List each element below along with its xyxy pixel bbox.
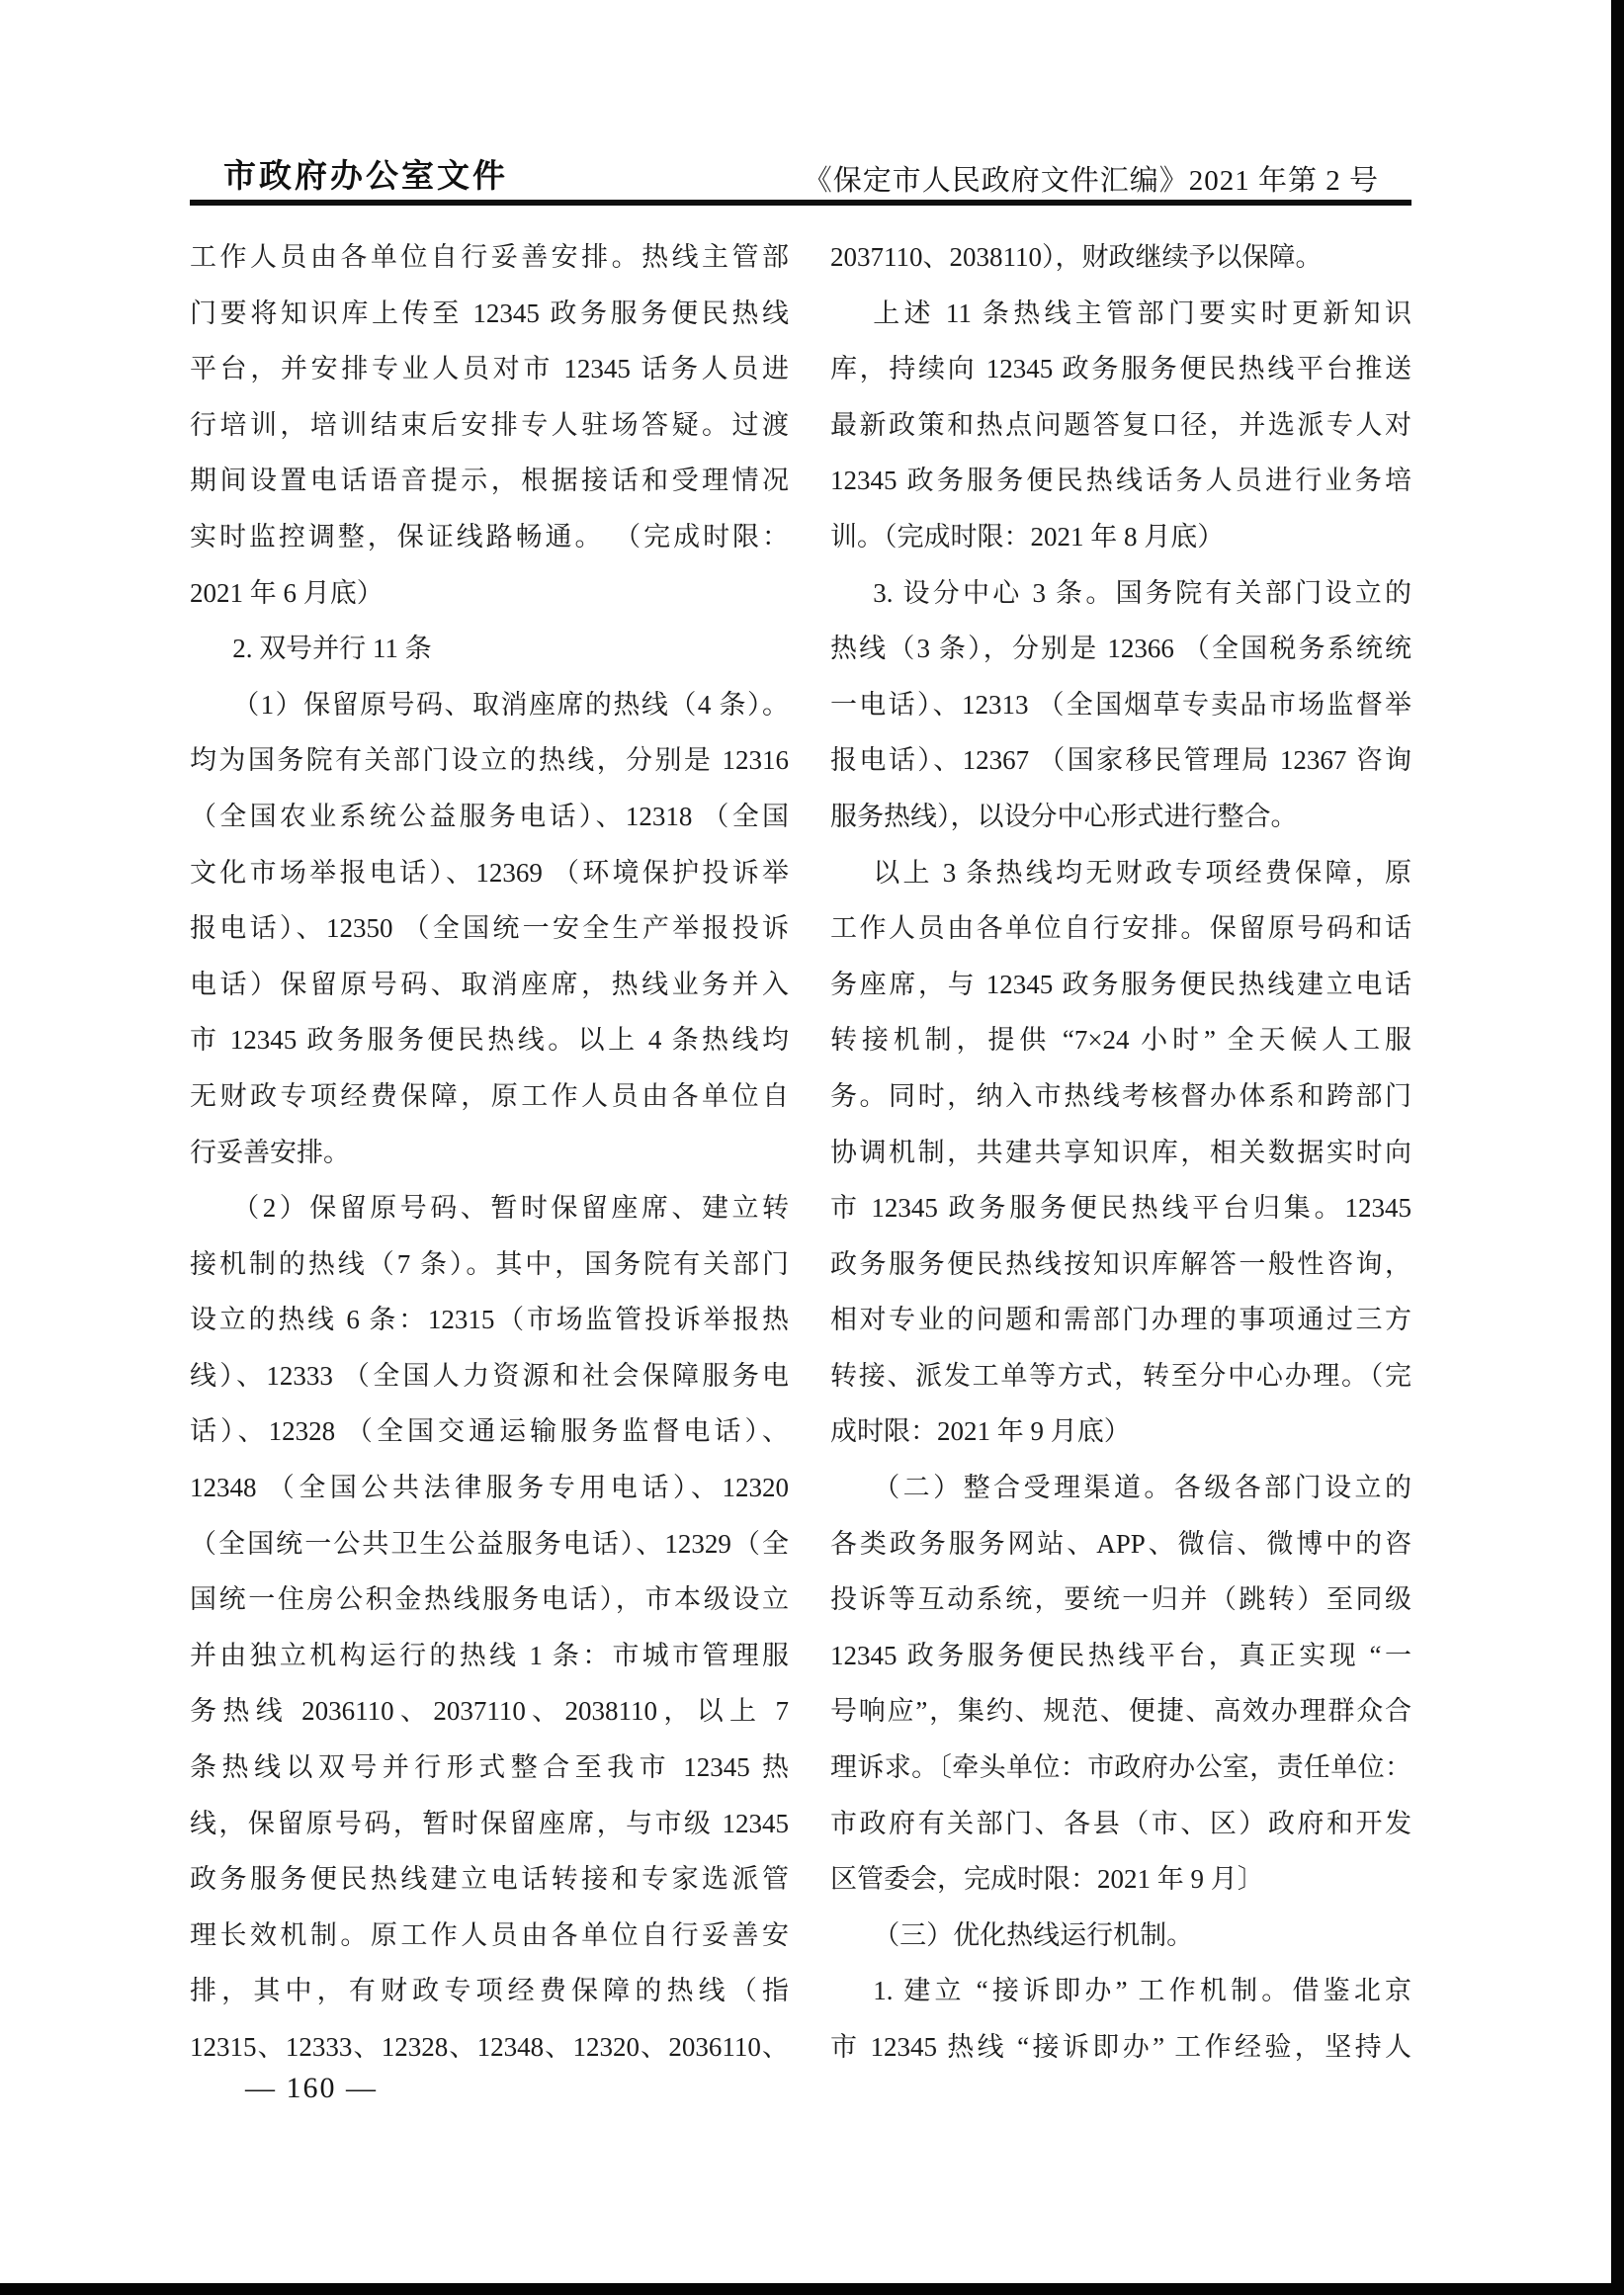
text-line: 无财政专项经费保障，原工作人员由各单位自	[190, 1068, 789, 1125]
text-line: 号响应”，集约、规范、便捷、高效办理群众合	[830, 1683, 1411, 1740]
text-line: 训。（完成时限：2021 年 8 月底）	[830, 509, 1411, 565]
text-line: 最新政策和热点问题答复口径，并选派专人对	[830, 397, 1411, 454]
text-line: 务。同时，纳入市热线考核督办体系和跨部门	[830, 1068, 1411, 1125]
scan-band-right	[1611, 0, 1624, 2295]
text-line: 投诉等互动系统，要统一归并（跳转）至同级	[830, 1572, 1411, 1628]
text-line: 设立的热线 6 条：12315（市场监管投诉举报热	[190, 1292, 789, 1348]
text-line: 行培训，培训结束后安排专人驻场答疑。过渡	[190, 397, 789, 454]
text-line: 市 12345 政务服务便民热线平台归集。12345	[830, 1180, 1411, 1236]
text-line: 协调机制，共建共享知识库，相关数据实时向	[830, 1125, 1411, 1181]
header-left-title: 市政府办公室文件	[223, 150, 508, 197]
text-line: 报电话）、12350 （全国统一安全生产举报投诉	[190, 900, 789, 957]
text-line: 理长效机制。原工作人员由各单位自行妥善安	[190, 1908, 789, 1964]
text-line: 门要将知识库上传至 12345 政务服务便民热线	[190, 286, 789, 342]
text-line: 转接机制，提供 “7×24 小时” 全天候人工服	[830, 1012, 1411, 1068]
text-line: 条热线以双号并行形式整合至我市 12345 热	[190, 1740, 789, 1796]
text-line: （三）优化热线运行机制。	[830, 1908, 1411, 1964]
text-line: 工作人员由各单位自行安排。保留原号码和话	[830, 900, 1411, 957]
text-line: （2）保留原号码、暂时保留座席、建立转	[190, 1180, 789, 1236]
text-line: 电话）保留原号码、取消座席，热线业务并入	[190, 957, 789, 1013]
text-line: 工作人员由各单位自行妥善安排。热线主管部	[190, 229, 789, 286]
text-line: 转接、派发工单等方式，转至分中心办理。（完	[830, 1348, 1411, 1404]
header-right-title: 《保定市人民政府文件汇编》2021 年第 2 号	[804, 158, 1379, 199]
text-line: 成时限：2021 年 9 月底）	[830, 1403, 1411, 1460]
text-line: 一电话）、12313 （全国烟草专卖品市场监督举	[830, 677, 1411, 733]
text-line: 市 12345 政务服务便民热线。以上 4 条热线均	[190, 1012, 789, 1068]
text-line: 平台，并安排专业人员对市 12345 话务人员进	[190, 341, 789, 397]
text-line: 上述 11 条热线主管部门要实时更新知识	[830, 286, 1411, 342]
text-line: 期间设置电话语音提示，根据接话和受理情况	[190, 453, 789, 509]
text-line: 均为国务院有关部门设立的热线，分别是 12316	[190, 732, 789, 789]
header-rule	[190, 200, 1411, 206]
text-line: （1）保留原号码、取消座席的热线（4 条）。	[190, 677, 789, 733]
text-line: 政务服务便民热线按知识库解答一般性咨询，	[830, 1236, 1411, 1293]
text-line: 12315、12333、12328、12348、12320、2036110、	[190, 2019, 789, 2076]
text-line: 12345 政务服务便民热线话务人员进行业务培	[830, 453, 1411, 509]
text-line: 政务服务便民热线建立电话转接和专家选派管	[190, 1851, 789, 1908]
page-number: — 160 —	[245, 2072, 378, 2105]
text-line: （全国农业系统公益服务电话）、12318 （全国	[190, 789, 789, 845]
text-line: 12345 政务服务便民热线平台，真正实现 “一	[830, 1628, 1411, 1684]
text-line: 排，其中，有财政专项经费保障的热线（指	[190, 1963, 789, 2019]
right-column: 2037110、2038110），财政继续予以保障。上述 11 条热线主管部门要…	[830, 229, 1411, 2076]
text-line: 2021 年 6 月底）	[190, 565, 789, 622]
text-line: 1. 建立 “接诉即办” 工作机制。借鉴北京	[830, 1963, 1411, 2019]
text-line: 3. 设分中心 3 条。国务院有关部门设立的	[830, 565, 1411, 622]
text-line: 报电话）、12367 （国家移民管理局 12367 咨询	[830, 732, 1411, 789]
text-line: 线）、12333 （全国人力资源和社会保障服务电	[190, 1348, 789, 1404]
text-line: 热线（3 条），分别是 12366 （全国税务系统统	[830, 621, 1411, 677]
text-line: 市 12345 热线 “接诉即办” 工作经验，坚持人	[830, 2019, 1411, 2076]
text-line: 相对专业的问题和需部门办理的事项通过三方	[830, 1292, 1411, 1348]
text-line: 2. 双号并行 11 条	[190, 621, 789, 677]
text-line: 库，持续向 12345 政务服务便民热线平台推送	[830, 341, 1411, 397]
text-line: 市政府有关部门、各县（市、区）政府和开发	[830, 1796, 1411, 1852]
text-line: 接机制的热线（7 条）。其中，国务院有关部门	[190, 1236, 789, 1293]
text-line: 服务热线），以设分中心形式进行整合。	[830, 789, 1411, 845]
text-line: 文化市场举报电话）、12369 （环境保护投诉举	[190, 845, 789, 901]
left-column: 工作人员由各单位自行妥善安排。热线主管部门要将知识库上传至 12345 政务服务…	[190, 229, 789, 2076]
text-line: （全国统一公共卫生公益服务电话）、12329（全	[190, 1516, 789, 1572]
text-line: 务座席，与 12345 政务服务便民热线建立电话	[830, 957, 1411, 1013]
text-line: 并由独立机构运行的热线 1 条：市城市管理服	[190, 1628, 789, 1684]
text-line: 线，保留原号码，暂时保留座席，与市级 12345	[190, 1796, 789, 1852]
text-line: 话）、12328 （全国交通运输服务监督电话）、	[190, 1403, 789, 1460]
text-line: 12348 （全国公共法律服务专用电话）、12320	[190, 1460, 789, 1516]
text-line: 务热线 2036110、2037110、2038110，以上 7	[190, 1683, 789, 1740]
text-line: 行妥善安排。	[190, 1125, 789, 1181]
scan-band-bottom	[0, 2283, 1624, 2295]
text-line: （二）整合受理渠道。各级各部门设立的	[830, 1460, 1411, 1516]
text-line: 各类政务服务网站、APP、微信、微博中的咨询、	[830, 1516, 1411, 1572]
text-line: 国统一住房公积金热线服务电话），市本级设立	[190, 1572, 789, 1628]
text-line: 区管委会，完成时限：2021 年 9 月〕	[830, 1851, 1411, 1908]
text-line: 理诉求。〔牵头单位：市政府办公室，责任单位：	[830, 1740, 1411, 1796]
text-line: 以上 3 条热线均无财政专项经费保障，原	[830, 845, 1411, 901]
document-page: 市政府办公室文件 《保定市人民政府文件汇编》2021 年第 2 号 工作人员由各…	[0, 0, 1624, 2295]
text-line: 实时监控调整，保证线路畅通。 （完成时限：	[190, 509, 789, 565]
text-line: 2037110、2038110），财政继续予以保障。	[830, 229, 1411, 286]
